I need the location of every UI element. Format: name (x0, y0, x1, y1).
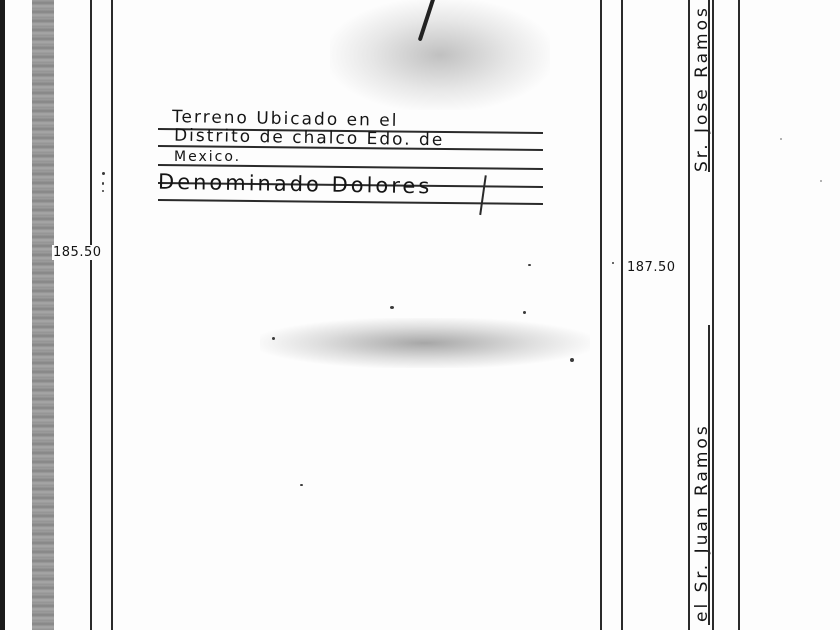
neighbor-bottom-right-underline (708, 325, 710, 625)
label-rule-5 (158, 199, 543, 205)
scan-dot (272, 337, 275, 340)
scan-dot (102, 190, 104, 192)
right-boundary-line-inner (600, 0, 602, 630)
label-tick-mark (479, 175, 486, 215)
scan-smudge (260, 318, 590, 368)
scan-dot (300, 484, 303, 486)
neighbor-strip-line-right (712, 0, 714, 630)
scan-dot (528, 264, 531, 266)
left-boundary-line-inner (111, 0, 113, 630)
scan-dot (102, 182, 104, 185)
right-side-measurement: 187.50 (626, 260, 677, 275)
left-boundary-line-outer (90, 0, 92, 630)
plot-label-line-3: Mexico. (174, 149, 241, 166)
plot-name: Denominado Dolores (158, 170, 433, 199)
right-boundary-line-outer (621, 0, 623, 630)
scan-dot (390, 306, 394, 309)
scan-dot (102, 172, 105, 175)
scanned-document-page: Terreno Ubicado en el Distrito de chalco… (0, 0, 840, 630)
neighbor-top-right-underline (708, 0, 710, 172)
far-right-line (738, 0, 740, 630)
scan-dot (612, 262, 614, 264)
binding-strip (32, 0, 54, 630)
scan-dot (570, 358, 574, 362)
scan-dot (820, 180, 822, 182)
scanner-edge (0, 0, 5, 630)
left-side-measurement: 185.50 (52, 245, 103, 260)
scan-dot (523, 311, 526, 314)
scan-smudge-top (330, 0, 550, 110)
plot-label-line-2: Distrito de chalco Edo. de (174, 128, 445, 150)
scan-dot (780, 138, 782, 140)
neighbor-strip-line-left (688, 0, 690, 630)
